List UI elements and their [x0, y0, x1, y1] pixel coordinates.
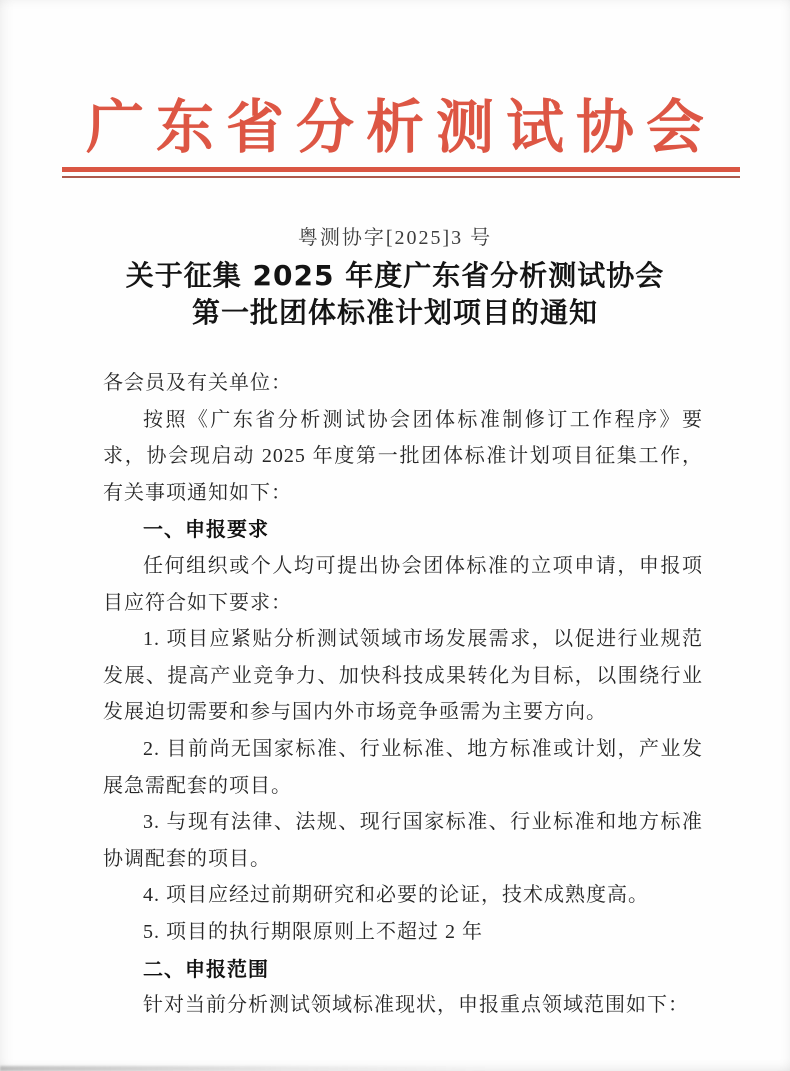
requirement-item-2: 2. 目前尚无国家标准、行业标准、地方标准或计划，产业发展急需配套的项目。	[103, 731, 703, 804]
requirement-item-1: 1. 项目应紧贴分析测试领域市场发展需求，以促进行业规范发展、提高产业竞争力、加…	[103, 621, 703, 731]
association-banner-title: 广东省分析测试协会	[0, 94, 790, 160]
banner-divider	[62, 167, 740, 178]
intro-paragraph: 按照《广东省分析测试协会团体标准制修订工作程序》要求，协会现启动 2025 年度…	[103, 402, 703, 512]
banner-divider-thin-line	[62, 176, 740, 178]
section-1-heading: 一、申报要求	[103, 511, 703, 548]
section-1-lead: 任何组织或个人均可提出协会团体标准的立项申请，申报项目应符合如下要求：	[103, 548, 703, 621]
section-2-heading: 二、申报范围	[103, 951, 703, 988]
section-2-lead: 针对当前分析测试领域标准现状，申报重点领域范围如下：	[103, 987, 703, 1024]
notice-title-line-2: 第一批团体标准计划项目的通知	[0, 294, 790, 331]
requirement-item-3: 3. 与现有法律、法规、现行国家标准、行业标准和地方标准协调配套的项目。	[103, 804, 703, 877]
requirement-item-5: 5. 项目的执行期限原则上不超过 2 年	[103, 914, 703, 951]
requirement-item-4: 4. 项目应经过前期研究和必要的论证，技术成熟度高。	[103, 877, 703, 914]
notice-body: 各会员及有关单位： 按照《广东省分析测试协会团体标准制修订工作程序》要求，协会现…	[103, 365, 703, 1024]
notice-page: 广东省分析测试协会 粤测协字[2025]3 号 关于征集 2025 年度广东省分…	[0, 0, 790, 1071]
banner-divider-thick-line	[62, 167, 740, 172]
notice-title: 关于征集 2025 年度广东省分析测试协会 第一批团体标准计划项目的通知	[0, 257, 790, 331]
document-number: 粤测协字[2025]3 号	[0, 224, 790, 252]
notice-title-line-1: 关于征集 2025 年度广东省分析测试协会	[0, 257, 790, 294]
salutation: 各会员及有关单位：	[103, 365, 703, 402]
